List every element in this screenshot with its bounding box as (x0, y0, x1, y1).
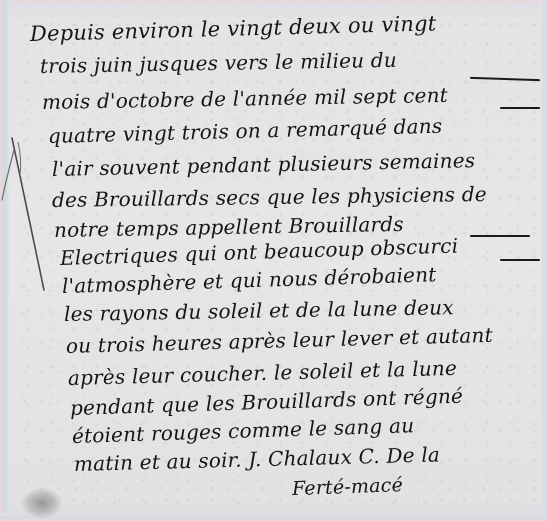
line-filler-dash (500, 259, 540, 261)
page-edge-bottom (0, 513, 547, 521)
page-edge-top (0, 0, 547, 7)
manuscript-page: Depuis environ le vingt deux ou vingt tr… (0, 0, 547, 521)
page-edge-right (541, 0, 547, 521)
line-filler-dash (470, 235, 530, 237)
signature-place-name: Ferté-macé (292, 474, 404, 500)
line-filler-dash (500, 107, 540, 109)
ink-stain (22, 488, 62, 518)
